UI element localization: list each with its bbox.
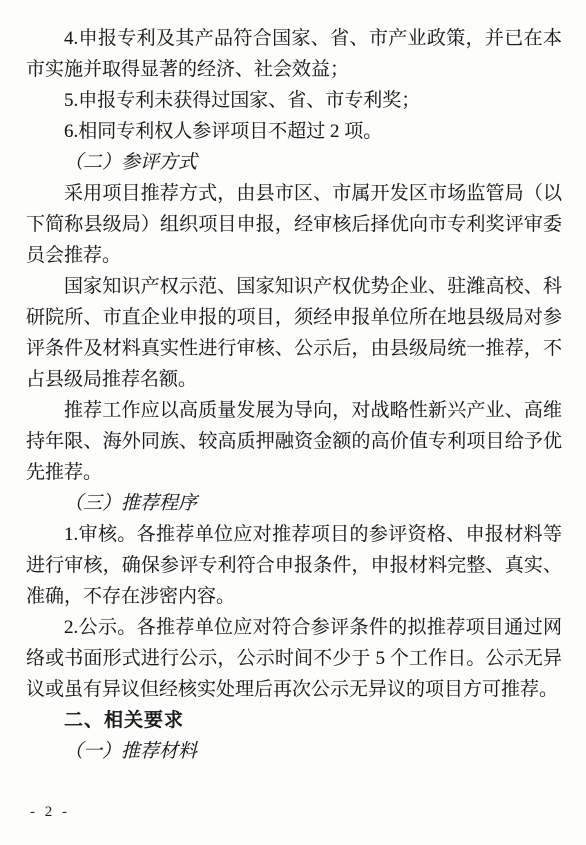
paragraph-direct-declaration-units: 国家知识产权示范、国家知识产权优势企业、驻潍高校、科研院所、市直企业申报的项目，… <box>26 271 562 395</box>
paragraph-step-2-publicity: 2.公示。各推荐单位应对符合参评条件的拟推荐项目通过网络或书面形式进行公示，公示… <box>26 612 562 705</box>
subsection-heading-recommendation-procedure: （三）推荐程序 <box>26 488 562 519</box>
clause-item-5: 5.申报专利未获得过国家、省、市专利奖； <box>26 85 562 116</box>
document-body: 4.申报专利及其产品符合国家、省、市产业政策，并已在本市实施并取得显著的经济、社… <box>26 23 562 767</box>
section-heading-related-requirements: 二、相关要求 <box>26 705 562 736</box>
page-number: - 2 - <box>30 804 70 821</box>
clause-item-6: 6.相同专利权人参评项目不超过 2 项。 <box>26 116 562 147</box>
paragraph-step-1-review: 1.审核。各推荐单位应对推荐项目的参评资格、申报材料等进行审核，确保参评专利符合… <box>26 519 562 612</box>
subsection-heading-recommendation-materials: （一）推荐材料 <box>26 736 562 767</box>
subsection-heading-participation-method: （二）参评方式 <box>26 147 562 178</box>
document-page: 4.申报专利及其产品符合国家、省、市产业政策，并已在本市实施并取得显著的经济、社… <box>0 0 586 845</box>
paragraph-recommendation-method: 采用项目推荐方式，由县市区、市属开发区市场监管局（以下简称县级局）组织项目申报，… <box>26 178 562 271</box>
paragraph-priority-recommendation: 推荐工作应以高质量发展为导向，对战略性新兴产业、高维持年限、海外同族、较高质押融… <box>26 395 562 488</box>
clause-item-4: 4.申报专利及其产品符合国家、省、市产业政策，并已在本市实施并取得显著的经济、社… <box>26 23 562 85</box>
